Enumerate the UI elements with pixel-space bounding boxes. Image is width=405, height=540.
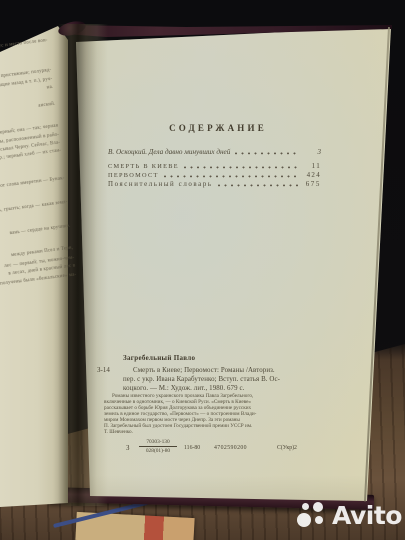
left-page-line: вводящие назад в т. п.), руч- <box>0 77 53 90</box>
catalog-card-annotation: Романы известного украинского прозаика П… <box>104 394 306 436</box>
left-page-line: юре — от слова имеретин — Бунак- <box>0 176 65 191</box>
dot-leader <box>235 151 298 155</box>
imprint-book-code: 4702590200 <box>214 445 247 451</box>
imprint-numerator: 70303-130 <box>137 439 179 445</box>
dot-leader <box>184 165 298 169</box>
logo-circle <box>315 516 323 524</box>
left-page-line: ченый корпус и место после вой- <box>0 38 48 52</box>
toc-title: ПЕРВОМОСТ <box>108 172 159 179</box>
imprint-denominator: 028(01)-80 <box>137 448 179 454</box>
avito-wordmark: Avito <box>332 501 402 530</box>
logo-circle <box>297 513 311 527</box>
annotation-line: Т. Шевченко. <box>104 430 306 436</box>
toc-page-number: 424 <box>301 171 321 179</box>
toc-title: Пояснительный словарь <box>108 181 213 188</box>
catalog-card-line: Смерть в Киеве; Первомост: Романы /Автор… <box>123 366 323 375</box>
logo-circle <box>313 502 323 512</box>
toc-page-number: 675 <box>301 180 321 188</box>
catalog-card-line: пер. с укр. Ивана Карабутенко; Вступ. ст… <box>123 375 323 384</box>
catalog-card-index: З-14 <box>97 366 110 374</box>
left-page-line: анский. <box>38 102 56 109</box>
left-page-line: на. <box>47 85 54 91</box>
toc-title: В. Оскоцкий. Дела давно минувших дней <box>108 148 230 156</box>
catalog-card-author: Загребельный Павло <box>123 354 195 362</box>
contents-heading: СОДЕРЖАНИЕ <box>156 123 280 133</box>
toc-row-intro: В. Оскоцкий. Дела давно минувших дней 3 <box>108 148 321 156</box>
imprint-classification: С(Укр)2 <box>277 445 297 451</box>
toc-page-number: 3 <box>301 148 321 156</box>
catalog-card-line: коцкого. — М.: Худож. лит., 1980. 679 с. <box>123 384 323 393</box>
toc-row-novel1: СМЕРТЬ В КИЕВЕ 11 <box>108 162 321 170</box>
toc-row-novel2: ПЕРВОМОСТ 424 <box>108 171 321 179</box>
photo-canvas: ченый корпус и место после вой- рубчик —… <box>0 0 405 540</box>
imprint-order-code: 116-80 <box>184 445 200 451</box>
imprint-fraction: 70303-130 028(01)-80 <box>137 439 179 454</box>
toc-row-glossary: Пояснительный словарь 675 <box>108 180 321 188</box>
logo-circle <box>302 503 309 510</box>
toc-title: СМЕРТЬ В КИЕВЕ <box>108 163 179 170</box>
avito-logo-icon <box>294 497 330 533</box>
dot-leader <box>164 174 298 178</box>
fraction-bar <box>139 446 177 447</box>
avito-watermark: Avito <box>294 497 402 533</box>
page-gutter-shadow <box>58 24 108 506</box>
catalog-card-description: Смерть в Киеве; Первомост: Романы /Автор… <box>123 366 323 393</box>
dot-leader <box>218 183 298 187</box>
imprint-letter: З <box>126 444 130 452</box>
toc-page-number: 11 <box>301 162 321 170</box>
